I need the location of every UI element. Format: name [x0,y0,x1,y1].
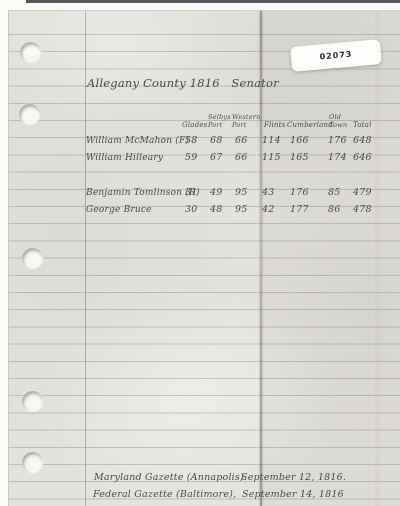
vote-count: 30 [185,203,198,217]
vote-count: 68 [210,134,223,148]
table-row: William Hilleary 59 67 66 115 165 174 64… [9,151,400,165]
column-header-flints: Flints [264,121,285,129]
vote-total: 646 [353,151,372,165]
vote-count: 66 [235,134,248,148]
vote-count: 43 [262,186,275,200]
vote-count: 95 [235,186,248,200]
vote-count: 176 [328,134,347,148]
table-row: George Bruce 30 48 95 42 177 86 478 [9,203,400,217]
citation-date: September 14, 1816 [242,489,344,500]
vote-count: 67 [210,151,223,165]
vote-count: 176 [290,186,309,200]
column-header-selbys-port: Selbys Port [208,114,231,129]
catalog-number: 02073 [319,50,353,62]
vote-count: 165 [290,151,309,165]
vote-count: 177 [290,203,309,217]
vote-total: 648 [353,134,372,148]
citation-date: September 12, 1816. [241,472,346,483]
vote-count: 174 [328,151,347,165]
vote-count: 59 [185,151,198,165]
candidate-name: Benjamin Tomlinson (R) [86,186,200,200]
punch-hole [20,42,41,63]
vote-total: 478 [353,203,372,217]
table-header-row: Glades Selbys Port Western Port Flints C… [9,103,400,129]
vote-count: 114 [262,134,281,148]
vote-count: 58 [185,134,198,148]
margin-line [85,11,86,506]
column-header-total: Total [353,121,372,129]
punch-hole [22,391,43,412]
page-title: Allegany County 1816 Senator [87,76,279,90]
candidate-name: William McMahon (F) [86,134,189,148]
vote-count: 49 [210,186,223,200]
table-row: Benjamin Tomlinson (R) 31 49 95 43 176 8… [9,186,400,200]
vote-count: 48 [210,203,223,217]
citation-source: Maryland Gazette (Annapolis). [94,472,247,483]
scanned-page: 02073 Allegany County 1816 Senator Glade… [0,0,400,506]
vote-count: 115 [262,151,281,165]
vote-count: 85 [328,186,341,200]
table-row: William McMahon (F) 58 68 66 114 166 176… [9,134,400,148]
column-header-old-town: Old Town [329,114,347,129]
ledger-paper: 02073 Allegany County 1816 Senator Glade… [8,10,400,506]
vote-total: 479 [353,186,372,200]
citation-source: Federal Gazette (Baltimore), [93,489,236,500]
vote-count: 66 [235,151,248,165]
vote-count: 86 [328,203,341,217]
candidate-name: William Hilleary [86,151,163,165]
vote-count: 31 [185,186,198,200]
column-header-western-port: Western Port [232,114,261,129]
column-header-glades: Glades [182,121,207,129]
scanner-edge [26,0,400,3]
vote-count: 95 [235,203,248,217]
vote-count: 166 [290,134,309,148]
column-header-cumberland: Cumberland [287,121,333,129]
vote-count: 42 [262,203,275,217]
punch-hole [22,452,43,473]
punch-hole [22,248,43,269]
candidate-name: George Bruce [86,203,152,217]
faint-fold-line [375,11,380,506]
